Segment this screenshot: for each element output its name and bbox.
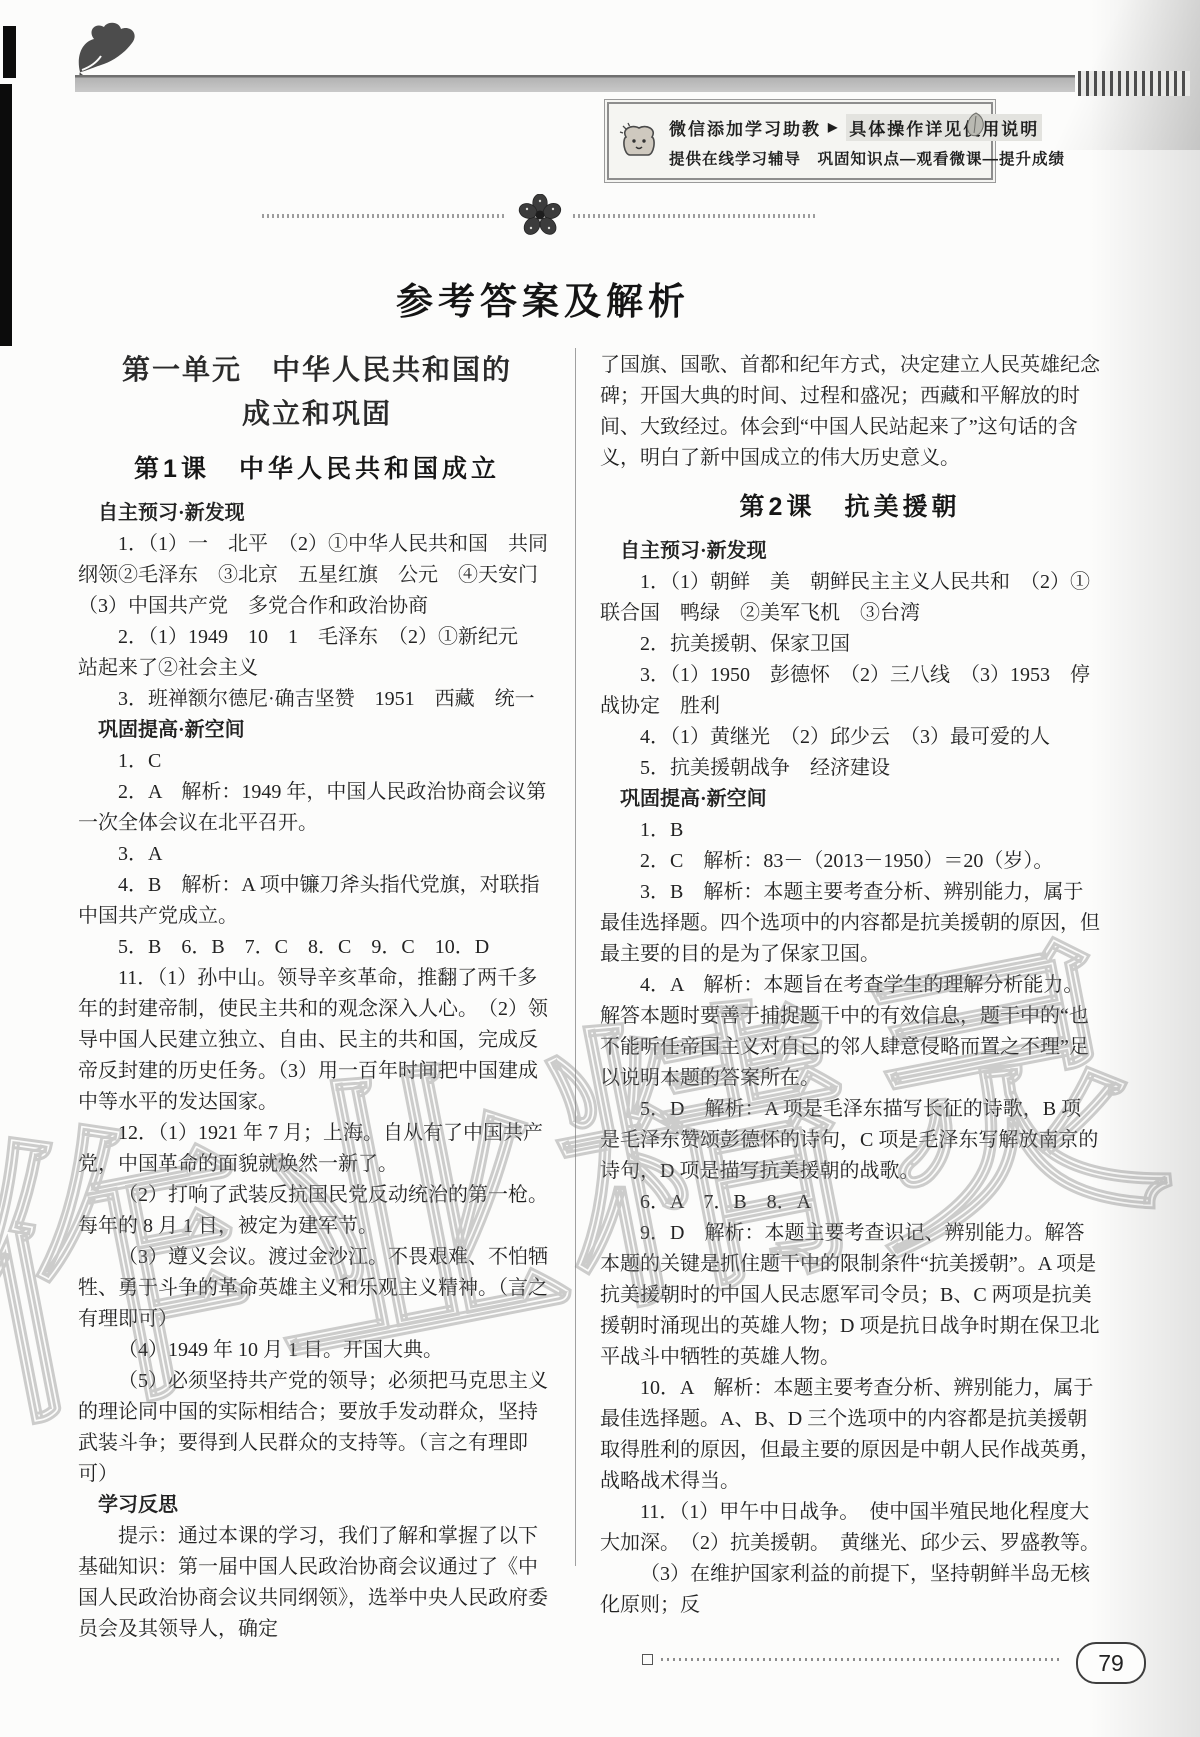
page-edge-shading bbox=[1090, 0, 1200, 1737]
arrow-right-icon: ▶ bbox=[828, 120, 839, 134]
answer-paragraph: 3．（1）1950 彭德怀 （2）三八线 （3）1953 停战协定 胜利 bbox=[600, 660, 1100, 722]
answer-paragraph: 4．B 解析：A 项中镰刀斧头指代党旗，对联指中国共产党成立。 bbox=[78, 870, 556, 932]
answer-paragraph: 4．（1）黄继光 （2）邱少云 （3）最可爱的人 bbox=[600, 722, 1100, 753]
dotted-rule-right bbox=[573, 214, 818, 218]
answer-paragraph: （3）遵义会议。渡过金沙江。不畏艰难、不怕牺牲、勇于斗争的革命英雄主义和乐观主义… bbox=[78, 1242, 556, 1335]
answer-paragraph: 5．抗美援朝战争 经济建设 bbox=[600, 753, 1100, 784]
section-subhead: 巩固提高·新空间 bbox=[600, 784, 1100, 815]
decorative-divider bbox=[262, 196, 818, 236]
left-column: 第一单元 中华人民共和国的成立和巩固第1课 中华人民共和国成立自主预习·新发现1… bbox=[78, 348, 556, 1598]
page-number-badge: 79 bbox=[1076, 1642, 1146, 1684]
promo-subtitle: 提供在线学习辅导 巩固知识点—观看微课—提升成绩 bbox=[669, 147, 1065, 169]
header-band bbox=[75, 75, 1075, 92]
leaf-icon bbox=[965, 112, 987, 138]
page-title: 参考答案及解析 bbox=[0, 271, 1086, 325]
spine-mark bbox=[3, 26, 16, 78]
answer-paragraph: 4．A 解析：本题旨在考查学生的理解分析能力。解答本题时要善于捕捉题干中的有效信… bbox=[600, 970, 1100, 1094]
dotted-rule-left bbox=[262, 214, 507, 218]
answer-paragraph: 1．C bbox=[78, 746, 556, 777]
answer-paragraph: （5）必须坚持共产党的领导；必须把马克思主义的理论同中国的实际相结合；要放手发动… bbox=[78, 1366, 556, 1490]
square-bullet-icon bbox=[642, 1654, 653, 1665]
answer-paragraph: 3．班禅额尔德尼·确吉坚赞 1951 西藏 统一 bbox=[78, 684, 556, 715]
answer-paragraph: 3．B 解析：本题主要考查分析、辨别能力，属于最佳选择题。四个选项中的内容都是抗… bbox=[600, 877, 1100, 970]
promo-main-text: 微信添加学习助教 bbox=[669, 115, 821, 140]
answer-paragraph: （4）1949 年 10 月 1 日。开国大典。 bbox=[78, 1335, 556, 1366]
answer-paragraph: 2．A 解析：1949 年，中国人民政治协商会议第一次全体会议在北平召开。 bbox=[78, 777, 556, 839]
flower-icon bbox=[517, 194, 563, 238]
right-column: 了国旗、国歌、首都和纪年方式，决定建立人民英雄纪念碑；开国大典的时间、过程和盛况… bbox=[600, 348, 1100, 1598]
answer-paragraph: 1．（1）朝鲜 美 朝鲜民主主义人民共和 （2）①联合国 鸭绿 ②美军飞机 ③台… bbox=[600, 567, 1100, 629]
wechat-promo-box: 微信添加学习助教 ▶ 具体操作详见使用说明 提供在线学习辅导 巩固知识点—观看微… bbox=[607, 102, 993, 180]
answer-paragraph: 5．B 6．B 7．C 8．C 9．C 10．D bbox=[78, 932, 556, 963]
answer-paragraph: 9．D 解析：本题主要考查识记、辨别能力。解答本题的关键是抓住题干中的限制条件“… bbox=[600, 1218, 1100, 1373]
column-divider-rule bbox=[575, 348, 576, 1566]
answer-paragraph: 11．（1）甲午中日战争。 使中国半殖民地化程度大大加深。 （2）抗美援朝。 黄… bbox=[600, 1497, 1100, 1559]
section-subhead: 自主预习·新发现 bbox=[78, 498, 556, 529]
answer-columns: 第一单元 中华人民共和国的成立和巩固第1课 中华人民共和国成立自主预习·新发现1… bbox=[78, 348, 1100, 1598]
answer-paragraph: 1．B bbox=[600, 815, 1100, 846]
answer-paragraph: （2）打响了武装反抗国民党反动统治的第一枪。每年的 8 月 1 日，被定为建军节… bbox=[78, 1180, 556, 1242]
promo-note-text: 具体操作详见使用说明 bbox=[846, 114, 1042, 141]
bird-logo-icon bbox=[70, 20, 142, 80]
header-barcode-stripes bbox=[1078, 71, 1190, 96]
answer-paragraph: 5．D 解析：A 项是毛泽东描写长征的诗歌，B 项是毛泽东赞颂彭德怀的诗句，C … bbox=[600, 1094, 1100, 1187]
lesson-title: 第1课 中华人民共和国成立 bbox=[78, 452, 556, 486]
answer-paragraph: 11．（1）孙中山。领导辛亥革命，推翻了两千多年的封建帝制，使民主共和的观念深入… bbox=[78, 963, 556, 1118]
answer-paragraph: 2．抗美援朝、保家卫国 bbox=[600, 629, 1100, 660]
continued-paragraph: 了国旗、国歌、首都和纪年方式，决定建立人民英雄纪念碑；开国大典的时间、过程和盛况… bbox=[600, 350, 1100, 474]
section-subhead: 巩固提高·新空间 bbox=[78, 715, 556, 746]
answer-paragraph: 提示：通过本课的学习，我们了解和掌握了以下基础知识：第一届中国人民政治协商会议通… bbox=[78, 1521, 556, 1645]
lesson-title: 第2课 抗美援朝 bbox=[600, 490, 1100, 524]
answer-paragraph: 12．（1）1921 年 7 月；上海。自从有了中国共产党，中国革命的面貌就焕然… bbox=[78, 1118, 556, 1180]
footer-rule bbox=[642, 1654, 1062, 1665]
answer-paragraph: 10．A 解析：本题主要考查分析、辨别能力，属于最佳选择题。A、B、D 三个选项… bbox=[600, 1373, 1100, 1497]
section-subhead: 自主预习·新发现 bbox=[600, 536, 1100, 567]
section-subhead: 学习反思 bbox=[78, 1490, 556, 1521]
unit-title: 第一单元 中华人民共和国的 bbox=[78, 348, 556, 392]
answer-paragraph: 1．（1）一 北平 （2）①中华人民共和国 共同纲领②毛泽东 ③北京 五星红旗 … bbox=[78, 529, 556, 622]
bread-mascot-icon bbox=[619, 122, 659, 160]
answer-paragraph: 2．（1）1949 10 1 毛泽东 （2）①新纪元 站起来了②社会主义 bbox=[78, 622, 556, 684]
unit-title: 成立和巩固 bbox=[78, 392, 556, 436]
answer-paragraph: 2．C 解析：83－（2013－1950）＝20（岁）。 bbox=[600, 846, 1100, 877]
footer-dotted-rule bbox=[661, 1658, 1062, 1661]
answer-paragraph: 3．A bbox=[78, 839, 556, 870]
answer-paragraph: （3）在维护国家利益的前提下，坚持朝鲜半岛无核化原则；反 bbox=[600, 1559, 1100, 1621]
answer-paragraph: 6．A 7．B 8．A bbox=[600, 1187, 1100, 1218]
